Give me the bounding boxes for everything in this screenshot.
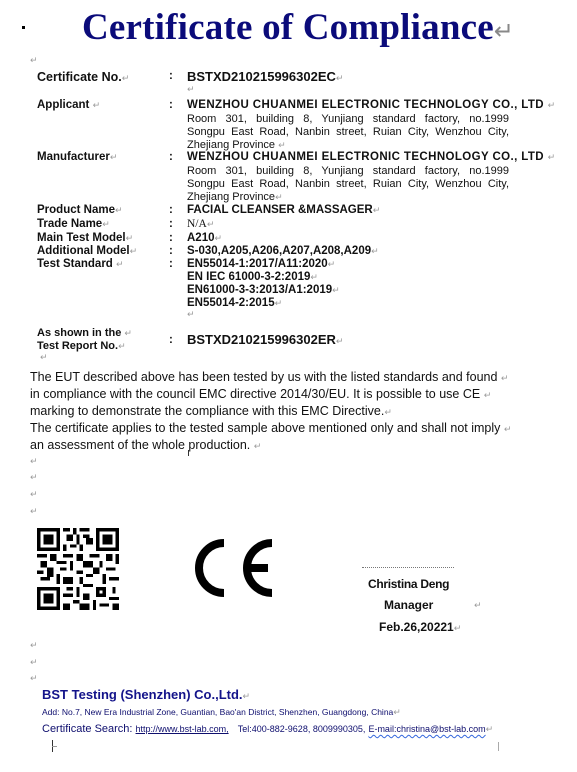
colon: : [169,218,173,230]
paragraph-mark-icon: ↵ [30,507,38,517]
footer-tel: Tel:400-882-9628, 8009990305, [238,724,366,734]
paragraph-mark-icon: ↵ [124,329,132,339]
test-report-no-value: BSTXD210215996302ER↵ [187,332,343,347]
test-standard-value-2: EN IEC 61000-3-2:2019↵ [187,271,318,283]
paragraph-mark-icon: ↵ [118,342,126,352]
colon: : [169,204,173,216]
text-cursor [188,450,189,456]
paragraph-mark-icon: ↵ [30,674,38,684]
additional-model-label: Additional Model↵ [37,245,137,257]
paragraph-mark-icon: ↵ [484,391,492,401]
margin-marker [498,742,499,751]
paragraph-mark-icon: ↵ [275,299,283,309]
test-report-label-line-1: As shown in the ↵ [37,327,132,339]
paragraph-mark-icon: ↵ [384,408,392,418]
colon: : [169,245,173,257]
paragraph-mark-icon: ↵ [187,310,195,320]
email-link[interactable]: E-mail:christina@bst-lab.com [368,724,485,734]
paragraph-mark-icon: ↵ [30,56,38,66]
paragraph-mark-icon: ↵ [332,286,340,296]
signatory-role: Manager [384,598,433,612]
colon: : [169,334,173,346]
colon: : [169,99,173,111]
paragraph-mark-icon: ↵ [116,260,124,270]
ce-mark-icon [190,537,274,599]
paragraph-mark-icon: ↵ [93,101,101,111]
document-title: Certificate of Compliance↵ [82,6,514,49]
paragraph-mark-icon: ↵ [215,234,223,244]
paragraph-mark-icon: ↵ [504,425,512,435]
test-standard-value-1: EN55014-1:2017/A11:2020↵ [187,258,335,270]
applicant-name: WENZHOU CHUANMEI ELECTRONIC TECHNOLOGY C… [187,99,556,111]
paragraph-mark-icon: ↵ [336,74,344,84]
additional-model-value: S-030,A205,A206,A207,A208,A209↵ [187,245,379,257]
product-name-label: Product Name↵ [37,204,123,216]
manufacturer-name: WENZHOU CHUANMEI ELECTRONIC TECHNOLOGY C… [187,151,556,163]
test-standard-label: Test Standard ↵ [37,258,124,270]
paragraph-mark-icon: ↵ [328,260,336,270]
paragraph-mark-icon: ↵ [501,374,509,384]
main-test-model-value: A210↵ [187,232,222,244]
manufacturer-address-line-2: Songpu East Road, Nanbin street, Ruian C… [187,178,509,191]
paragraph-mark-icon: ↵ [310,273,318,283]
colon: : [169,232,173,244]
paragraph-mark-icon: ↵ [371,247,379,257]
applicant-address-line-1: Room 301, building 8, Yunjiang standard … [187,113,509,126]
paragraph-mark-icon: ↵ [474,601,482,611]
paragraph-mark-icon: ↵ [102,220,110,230]
paragraph-mark-icon: ↵ [373,206,381,216]
paragraph-mark-icon: ↵ [548,153,556,163]
bullet-mark [22,26,25,29]
paragraph-mark-icon: ↵ [278,141,286,151]
paragraph-mark-icon: ↵ [30,490,38,500]
colon: : [169,258,173,270]
footer-search: Certificate Search: http://www.bst-lab.c… [42,723,493,735]
manufacturer-address-line-3: Zhejiang Province↵ [187,191,509,205]
title-text: Certificate of Compliance [82,7,494,48]
paragraph-mark-icon: ↵ [486,725,494,735]
margin-marker [52,746,57,747]
paragraph-mark-icon: ↵ [207,220,215,230]
paragraph-mark-icon: ↵ [254,442,262,452]
test-report-label-line-2: Test Report No.↵ [37,340,126,352]
statement-line-5: an assessment of the whole production. ↵ [30,437,520,456]
qr-code-icon [37,528,119,610]
signatory-name: Christina Deng [368,577,449,591]
applicant-address-line-2: Songpu East Road, Nanbin street, Ruian C… [187,126,509,139]
main-test-model-label: Main Test Model↵ [37,232,133,244]
trade-name-value: N/A↵ [187,218,214,230]
applicant-label: Applicant ↵ [37,99,100,111]
paragraph-mark-icon: ↵ [30,473,38,483]
test-standard-value-4: EN55014-2:2015↵ [187,297,282,309]
signature-date: Feb.26,20221↵ [379,620,461,634]
paragraph-mark-icon: ↵ [122,74,130,84]
paragraph-mark-icon: ↵ [454,624,462,634]
certificate-search-label: Certificate Search: [42,723,132,735]
signature-line [362,567,454,568]
paragraph-mark-icon: ↵ [30,641,38,651]
paragraph-mark-icon: ↵ [130,247,138,257]
colon: : [169,70,173,82]
footer-company: BST Testing (Shenzhen) Co.,Ltd.↵ [42,687,250,702]
certificate-no-label: Certificate No.↵ [37,70,129,84]
colon: : [169,151,173,163]
paragraph-mark-icon: ↵ [336,337,344,347]
website-link[interactable]: http://www.bst-lab.com, [136,724,229,734]
paragraph-mark-icon: ↵ [393,708,401,718]
paragraph-mark-icon: ↵ [115,206,123,216]
manufacturer-address-line-1: Room 301, building 8, Yunjiang standard … [187,165,509,178]
paragraph-mark-icon: ↵ [548,101,556,111]
paragraph-mark-icon: ↵ [30,457,38,467]
paragraph-mark-icon: ↵ [126,234,134,244]
product-name-value: FACIAL CLEANSER &MASSAGER↵ [187,204,380,216]
certificate-no-value: BSTXD210215996302EC↵ [187,69,343,84]
paragraph-mark-icon: ↵ [40,353,48,363]
paragraph-mark-icon: ↵ [243,692,251,702]
paragraph-mark-icon: ↵ [494,17,514,45]
manufacturer-label: Manufacturer↵ [37,151,117,163]
footer-address: Add: No.7, New Era Industrial Zone, Guan… [42,707,401,718]
paragraph-mark-icon: ↵ [187,85,195,95]
paragraph-mark-icon: ↵ [110,153,118,163]
trade-name-label: Trade Name↵ [37,218,110,230]
test-standard-value-3: EN61000-3-3:2013/A1:2019↵ [187,284,340,296]
paragraph-mark-icon: ↵ [30,658,38,668]
paragraph-mark-icon: ↵ [275,193,283,203]
